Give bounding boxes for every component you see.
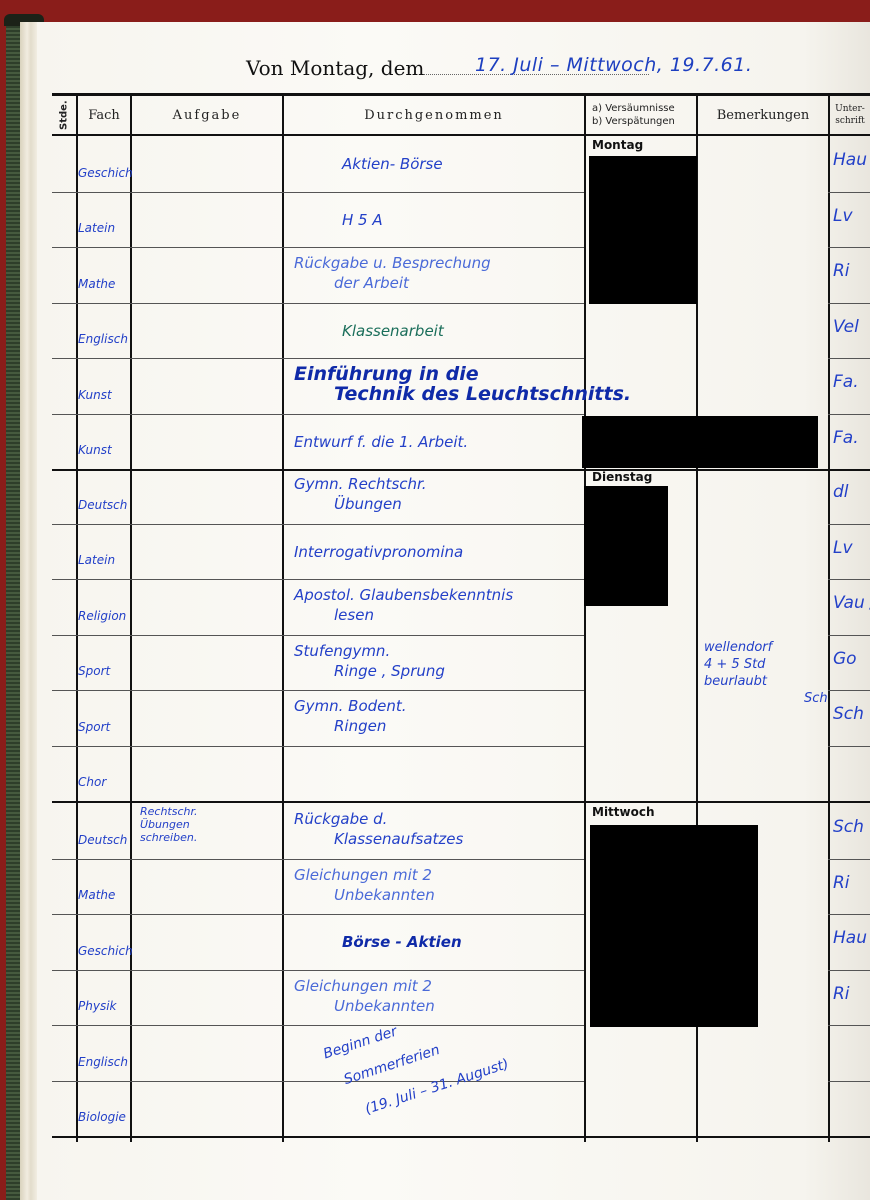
row-divider (282, 859, 584, 860)
durchgenommen-line: Börse - Aktien (342, 932, 462, 952)
bemerkung-line: wellendorf (704, 640, 772, 655)
row-divider (52, 635, 76, 636)
row-divider (282, 635, 584, 636)
durchgenommen-line: Gleichungen mit 2 (294, 976, 432, 996)
row-divider (282, 579, 584, 580)
row-divider (828, 970, 870, 971)
holiday-note-line: Beginn der (321, 1024, 399, 1063)
durchgenommen-line: Ringe , Sprung (334, 661, 445, 681)
row-divider (52, 524, 76, 525)
row-divider (828, 247, 870, 248)
day-block-dienstag: DienstagDeutschGymn. Rechtschr.Übungendl… (52, 468, 870, 801)
unterschrift-cell: Go (833, 649, 857, 669)
durchgenommen-line: Entwurf f. die 1. Arbeit. (294, 432, 468, 452)
durchgenommen-line: Ringen (334, 716, 386, 736)
fach-cell: Sport (78, 664, 110, 678)
header-stunde: Stde. (52, 96, 76, 134)
row-divider (52, 1081, 76, 1082)
bemerkung-line: beurlaubt (704, 674, 767, 689)
row-divider (76, 914, 282, 915)
durchgenommen-line: Apostol. Glaubensbekenntnis (294, 585, 513, 605)
fach-cell: Religion (78, 609, 126, 623)
row-divider (282, 358, 584, 359)
row-divider (828, 859, 870, 860)
row-divider (52, 192, 76, 193)
unterschrift-cell: Lv (833, 538, 853, 558)
header-versaeumnisse: a) Versäumnisse b) Verspätungen (586, 96, 700, 134)
fach-cell: Deutsch (78, 498, 127, 512)
durchgenommen-line: Klassenaufsatzes (334, 829, 463, 849)
header-fach: Fach (78, 96, 130, 134)
durchgenommen-line: Übungen (334, 494, 402, 514)
row-divider (828, 746, 870, 747)
durchgenommen-line: Gleichungen mit 2 (294, 865, 432, 885)
bemerkung-line: Sch (804, 691, 828, 706)
unterschrift-cell: Ri (833, 873, 850, 893)
fach-cell: Physik (78, 999, 116, 1013)
header-bemerkungen: Bemerkungen (698, 96, 828, 134)
row-divider (828, 192, 870, 193)
row-divider (282, 914, 584, 915)
unterschrift-cell: dl (833, 482, 849, 502)
row-divider (828, 1025, 870, 1026)
durchgenommen-line: Einführung in die (294, 364, 479, 384)
row-divider (76, 579, 282, 580)
row-divider (828, 914, 870, 915)
header-durchgenommen: Durchgenommen (284, 96, 584, 134)
durchgenommen-line: Rückgabe u. Besprechung (294, 253, 491, 273)
durchgenommen-line: Technik des Leuchtschnitts. (334, 384, 631, 404)
page-edges (20, 22, 38, 1200)
row-divider (52, 914, 76, 915)
durchgenommen-line: der Arbeit (334, 273, 409, 293)
row-divider (76, 247, 282, 248)
row-divider (828, 579, 870, 580)
durchgenommen-line: Interrogativpronomina (294, 542, 463, 562)
row-divider (52, 247, 76, 248)
row-divider (52, 970, 76, 971)
day-block-bottom-rule (52, 1136, 870, 1138)
unterschrift-cell: Fa. (833, 428, 859, 448)
fach-cell: Geschich (78, 166, 133, 180)
row-divider (76, 414, 282, 415)
row-divider (828, 635, 870, 636)
row-divider (282, 690, 584, 691)
row-divider (282, 414, 584, 415)
durchgenommen-line: Klassenarbeit (342, 321, 444, 341)
bemerkung-line: 4 + 5 Std (704, 657, 765, 672)
row-divider (282, 192, 584, 193)
row-divider (52, 746, 76, 747)
day-label: Mittwoch (592, 805, 655, 819)
week-date-handwritten: 17. Juli – Mittwoch, 19.7.61. (475, 54, 752, 76)
header-unterschrift-line1: Unter- (835, 103, 865, 115)
durchgenommen-line: Unbekannten (334, 996, 435, 1016)
row-divider (76, 192, 282, 193)
fach-cell: Mathe (78, 888, 115, 902)
row-divider (828, 690, 870, 691)
row-divider (52, 690, 76, 691)
row-divider (76, 303, 282, 304)
row-divider (76, 358, 282, 359)
unterschrift-cell: Ri (833, 984, 850, 1004)
redaction-box (584, 486, 668, 606)
header-unterschrift: Unter- schrift (830, 96, 870, 134)
row-divider (828, 524, 870, 525)
row-divider (76, 524, 282, 525)
unterschrift-cell: Ri (833, 261, 850, 281)
day-label: Montag (592, 138, 643, 152)
row-divider (282, 746, 584, 747)
day-label: Dienstag (592, 470, 652, 484)
durchgenommen-line: lesen (334, 605, 374, 625)
redaction-box (582, 416, 818, 468)
fach-cell: Geschich (78, 944, 133, 958)
row-divider (52, 303, 76, 304)
fach-cell: Englisch (78, 1055, 128, 1069)
row-divider (52, 859, 76, 860)
row-divider (76, 970, 282, 971)
durchgenommen-line: Stufengymn. (294, 641, 390, 661)
unterschrift-cell: Sch (833, 817, 864, 837)
redaction-box (590, 825, 758, 1027)
durchgenommen-line: Rückgabe d. (294, 809, 387, 829)
row-divider (282, 524, 584, 525)
row-divider (76, 1025, 282, 1026)
row-divider (52, 358, 76, 359)
row-divider (282, 247, 584, 248)
row-divider (828, 358, 870, 359)
aufgabe-line: Übungen (140, 818, 190, 831)
aufgabe-line: Rechtschr. (140, 805, 198, 818)
fach-cell: Latein (78, 553, 115, 567)
unterschrift-cell: Hau (833, 928, 867, 948)
durchgenommen-line: Gymn. Rechtschr. (294, 474, 427, 494)
row-divider (282, 1025, 584, 1026)
unterschrift-cell: Vel (833, 317, 859, 337)
unterschrift-cell: Lv (833, 206, 853, 226)
row-divider (282, 970, 584, 971)
row-divider (76, 1081, 282, 1082)
row-divider (76, 690, 282, 691)
header-versaeumnisse-b: b) Verspätungen (592, 115, 675, 128)
row-divider (828, 303, 870, 304)
row-divider (76, 635, 282, 636)
fach-cell: Kunst (78, 443, 112, 457)
fach-cell: Biologie (78, 1110, 126, 1124)
row-divider (828, 414, 870, 415)
durchgenommen-line: H 5 A (342, 210, 383, 230)
row-divider (76, 746, 282, 747)
durchgenommen-line: Aktien- Börse (342, 154, 443, 174)
fach-cell: Deutsch (78, 833, 127, 847)
row-divider (76, 859, 282, 860)
row-divider (52, 1025, 76, 1026)
row-divider (282, 303, 584, 304)
aufgabe-line: schreiben. (140, 831, 197, 844)
fach-cell: Chor (78, 775, 106, 789)
book-spine (6, 18, 20, 1200)
header-versaeumnisse-a: a) Versäumnisse (592, 102, 675, 115)
durchgenommen-line: Unbekannten (334, 885, 435, 905)
row-divider (52, 579, 76, 580)
fach-cell: Kunst (78, 388, 112, 402)
unterschrift-cell: Vau / Hau (833, 593, 870, 613)
unterschrift-cell: Hau (833, 150, 867, 170)
week-title-label: Von Montag, dem (246, 56, 424, 80)
header-aufgabe: Aufgabe (132, 96, 282, 134)
fach-cell: Sport (78, 720, 110, 734)
fach-cell: Englisch (78, 332, 128, 346)
redaction-box (589, 156, 697, 304)
header-unterschrift-line2: schrift (835, 115, 865, 127)
fach-cell: Latein (78, 221, 115, 235)
row-divider (52, 414, 76, 415)
table-header: Stde. Fach Aufgabe Durchgenommen a) Vers… (52, 96, 870, 136)
unterschrift-cell: Sch (833, 704, 864, 724)
unterschrift-cell: Fa. (833, 372, 859, 392)
durchgenommen-line: Gymn. Bodent. (294, 696, 407, 716)
row-divider (828, 1081, 870, 1082)
fach-cell: Mathe (78, 277, 115, 291)
